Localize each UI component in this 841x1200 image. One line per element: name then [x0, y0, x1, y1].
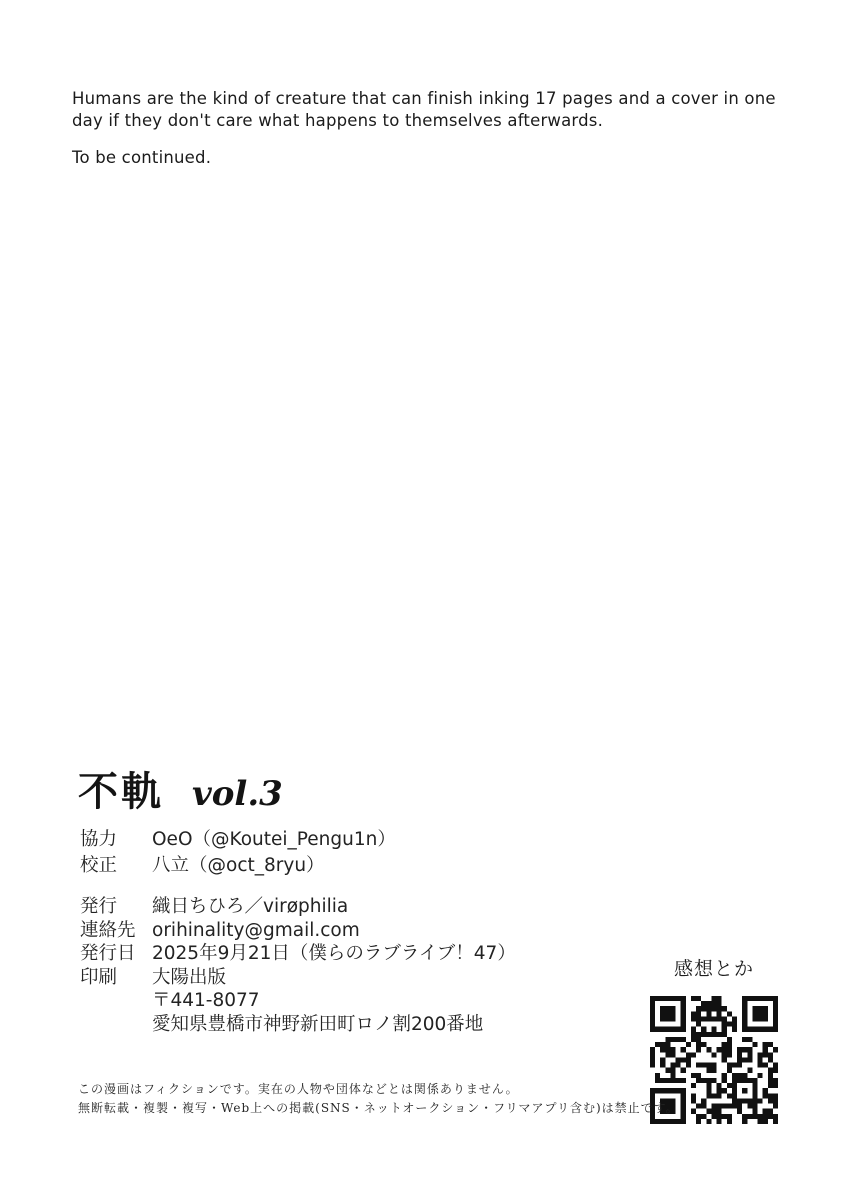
doujin-title: 不軌vol.3	[78, 760, 283, 817]
credit-label: 連絡先	[80, 919, 152, 943]
credit-label: 協力	[80, 827, 152, 853]
disclaimer-line: この漫画はフィクションです。実在の人物や団体などとは関係ありません。	[78, 1080, 679, 1099]
credit-value: 織日ちひろ／virøphilia	[152, 895, 348, 919]
afterword-paragraph: Humans are the kind of creature that can…	[72, 88, 776, 132]
credit-row: 協力 OeO（@Koutei_Pengu1n）	[80, 827, 396, 853]
credits-top: 協力 OeO（@Koutei_Pengu1n） 校正 八立（@oct_8ryu）	[80, 827, 396, 879]
credit-row: 発行 織日ちひろ／virøphilia	[80, 895, 516, 919]
credit-value: 八立（@oct_8ryu）	[152, 853, 325, 879]
credit-value: 2025年9月21日（僕らのラブライブ！47）	[152, 942, 516, 966]
credit-row: 〒441-8077	[80, 989, 516, 1013]
disclaimer-line: 無断転載・複製・複写・Web上への掲載(SNS・ネットオークション・フリマアプリ…	[78, 1099, 679, 1118]
credit-label	[80, 989, 152, 1013]
credit-row: 発行日 2025年9月21日（僕らのラブライブ！47）	[80, 942, 516, 966]
afterword-line: Humans are the kind of creature that can…	[72, 88, 776, 110]
to-be-continued-text: To be continued.	[72, 147, 211, 169]
credits-main: 発行 織日ちひろ／virøphilia 連絡先 orihinality@gmai…	[80, 895, 516, 1036]
credit-row: 愛知県豊橋市神野新田町ロノ割200番地	[80, 1013, 516, 1037]
credit-row: 連絡先 orihinality@gmail.com	[80, 919, 516, 943]
credit-value: 大陽出版	[152, 966, 226, 990]
credit-label: 発行日	[80, 942, 152, 966]
title-kanji: 不軌	[78, 768, 164, 815]
afterword-line: day if they don't care what happens to t…	[72, 110, 776, 132]
credit-value: orihinality@gmail.com	[152, 919, 360, 943]
credit-value: 〒441-8077	[152, 989, 260, 1013]
credit-label: 校正	[80, 853, 152, 879]
disclaimer: この漫画はフィクションです。実在の人物や団体などとは関係ありません。 無断転載・…	[78, 1080, 679, 1118]
credit-label: 印刷	[80, 966, 152, 990]
credit-label	[80, 1013, 152, 1037]
credit-label: 発行	[80, 895, 152, 919]
doujinshi-colophon-page: Humans are the kind of creature that can…	[0, 0, 841, 1200]
credit-row: 印刷 大陽出版	[80, 966, 516, 990]
title-volume: vol.3	[192, 774, 283, 814]
credit-value: OeO（@Koutei_Pengu1n）	[152, 827, 396, 853]
qr-caption: 感想とか	[650, 954, 778, 981]
credit-value: 愛知県豊橋市神野新田町ロノ割200番地	[152, 1013, 483, 1037]
credit-row: 校正 八立（@oct_8ryu）	[80, 853, 396, 879]
